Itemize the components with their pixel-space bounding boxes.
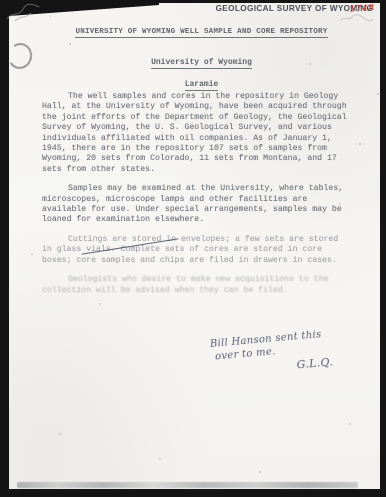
paragraph-repository-overview: The well samples and cores in the reposi… [42, 92, 351, 175]
city-name: Laramie [185, 80, 219, 91]
institution-line: University of Wyoming [9, 51, 380, 69]
paragraph-examination: Samples may be examined at the Universit… [42, 184, 351, 226]
institution-name: University of Wyoming [151, 58, 252, 69]
paragraph-storage: Cuttings are stored in envelopes; a few … [42, 235, 351, 266]
paper-sheet: GEOLOGICAL SURVEY OF WYOMING 1748 UNIVER… [9, 3, 380, 489]
handwritten-note: Bill Hanson sent this over to me. G.L.Q. [209, 326, 347, 379]
document-title: UNIVERSITY OF WYOMING WELL SAMPLE AND CO… [75, 28, 327, 38]
scan-smudge-strip [17, 482, 358, 488]
typed-body-text: The well samples and cores in the reposi… [42, 92, 351, 305]
document-headings: UNIVERSITY OF WYOMING WELL SAMPLE AND CO… [9, 20, 380, 91]
paragraph-acquisitions: Geologists who desire to make new acquis… [42, 275, 351, 296]
scanned-document-page: GEOLOGICAL SURVEY OF WYOMING 1748 UNIVER… [0, 0, 386, 497]
city-line: Laramie [9, 73, 380, 91]
